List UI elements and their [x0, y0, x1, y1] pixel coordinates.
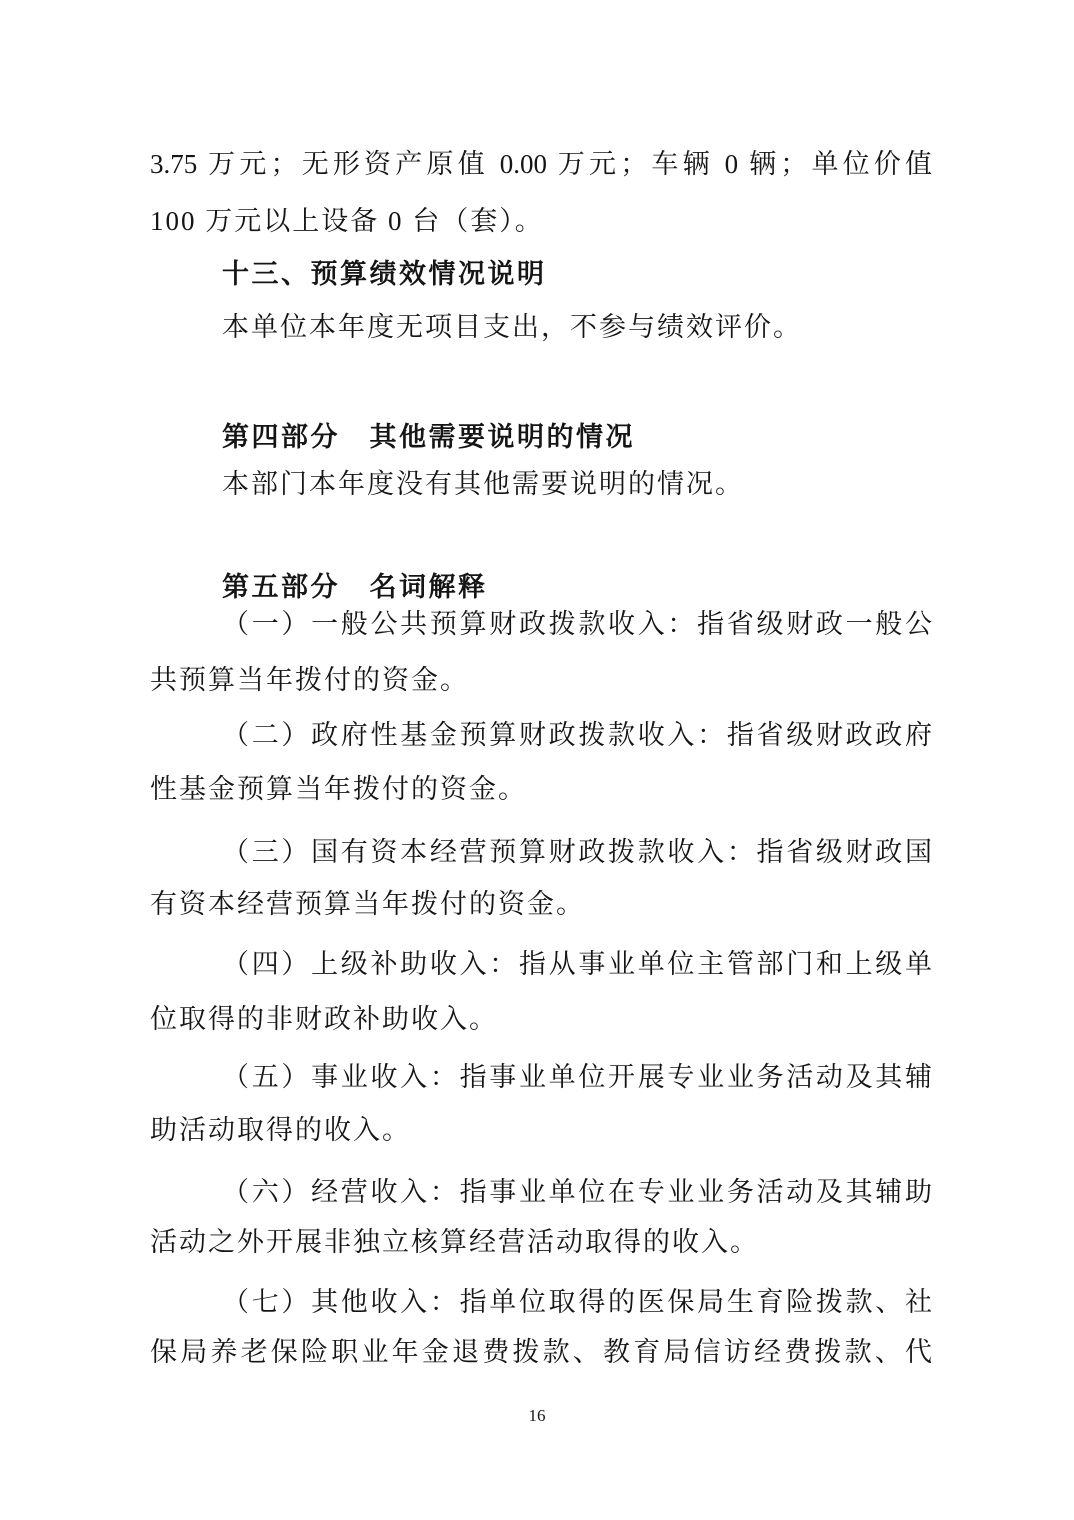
term-definition-line: 活动之外开展非独立核算经营活动取得的收入。	[150, 1224, 932, 1260]
heading-part-4: 第四部分 其他需要说明的情况	[150, 419, 932, 455]
text-line: 100 万元以上设备 0 台（套）。	[150, 203, 932, 239]
text-line: 本部门本年度没有其他需要说明的情况。	[150, 466, 932, 502]
term-definition-line: （二）政府性基金预算财政拨款收入：指省级财政政府	[150, 717, 932, 753]
term-definition-line: （五）事业收入：指事业单位开展专业业务活动及其辅	[150, 1059, 932, 1095]
term-definition-line: 保局养老保险职业年金退费拨款、教育局信访经费拨款、代	[150, 1334, 932, 1370]
heading-part-5: 第五部分 名词解释	[150, 569, 932, 605]
page-number: 16	[0, 1404, 1074, 1428]
term-definition-line: 有资本经营预算当年拨付的资金。	[150, 886, 932, 922]
heading-section-13: 十三、预算绩效情况说明	[150, 256, 932, 292]
term-definition-line: （七）其他收入：指单位取得的医保局生育险拨款、社	[150, 1284, 932, 1320]
text-line: 本单位本年度无项目支出，不参与绩效评价。	[150, 309, 932, 345]
term-definition-line: 性基金预算当年拨付的资金。	[150, 771, 932, 807]
term-definition-line: 位取得的非财政补助收入。	[150, 1001, 932, 1037]
term-definition-line: （四）上级补助收入：指从事业单位主管部门和上级单	[150, 946, 932, 982]
term-definition-line: （六）经营收入：指事业单位在专业业务活动及其辅助	[150, 1174, 932, 1210]
term-definition-line: 共预算当年拨付的资金。	[150, 662, 932, 698]
term-definition-line: （一）一般公共预算财政拨款收入：指省级财政一般公	[150, 606, 932, 642]
term-definition-line: 助活动取得的收入。	[150, 1112, 932, 1148]
document-page: 3.75 万元；无形资产原值 0.00 万元；车辆 0 辆；单位价值 100 万…	[0, 0, 1074, 1520]
term-definition-line: （三）国有资本经营预算财政拨款收入：指省级财政国	[150, 834, 932, 870]
text-line: 3.75 万元；无形资产原值 0.00 万元；车辆 0 辆；单位价值	[150, 146, 932, 182]
